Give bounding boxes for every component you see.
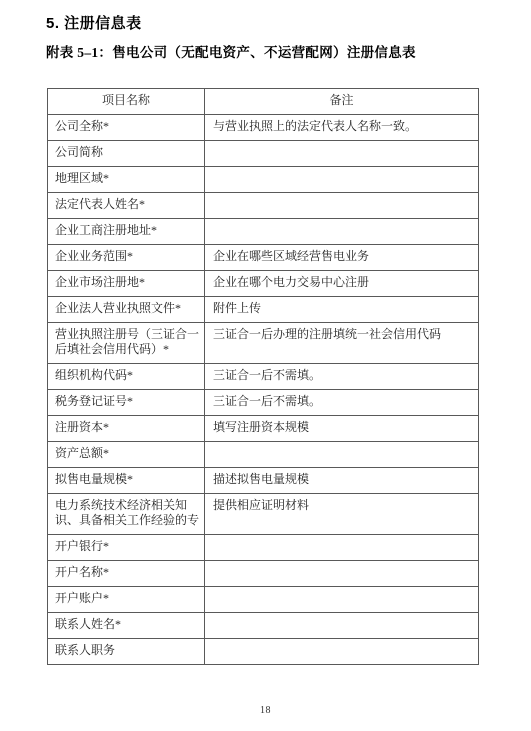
note-cell: 三证合一后不需填。: [205, 364, 479, 390]
table-row: 联系人姓名*: [48, 613, 479, 639]
note-cell: [205, 167, 479, 193]
table-row: 组织机构代码*三证合一后不需填。: [48, 364, 479, 390]
item-cell: 企业业务范围*: [48, 245, 205, 271]
table-row: 法定代表人姓名*: [48, 193, 479, 219]
table-header: 项目名称 备注: [48, 89, 479, 115]
note-cell: 附件上传: [205, 297, 479, 323]
registration-table: 项目名称 备注 公司全称*与营业执照上的法定代表人名称一致。公司简称地理区域*法…: [47, 88, 479, 665]
table-row: 公司全称*与营业执照上的法定代表人名称一致。: [48, 115, 479, 141]
note-cell: 填写注册资本规模: [205, 416, 479, 442]
table-row: 企业工商注册地址*: [48, 219, 479, 245]
item-cell: 开户银行*: [48, 535, 205, 561]
note-cell: 三证合一后办理的注册填统一社会信用代码: [205, 323, 479, 364]
note-cell: 企业在哪个电力交易中心注册: [205, 271, 479, 297]
note-cell: [205, 193, 479, 219]
header-row: 项目名称 备注: [48, 89, 479, 115]
note-cell: [205, 141, 479, 167]
page-number: 18: [0, 705, 531, 716]
item-cell: 营业执照注册号（三证合一后填社会信用代码）*: [48, 323, 205, 364]
item-cell: 企业市场注册地*: [48, 271, 205, 297]
header-item-column: 项目名称: [48, 89, 205, 115]
header-note-column: 备注: [205, 89, 479, 115]
table-row: 企业业务范围*企业在哪些区域经营售电业务: [48, 245, 479, 271]
item-cell: 拟售电量规模*: [48, 468, 205, 494]
table-row: 企业法人营业执照文件*附件上传: [48, 297, 479, 323]
note-cell: [205, 219, 479, 245]
table-caption: 附表 5–1：售电公司（无配电资产、不运营配网）注册信息表: [46, 41, 416, 61]
note-cell: [205, 639, 479, 665]
item-cell: 公司简称: [48, 141, 205, 167]
item-cell: 组织机构代码*: [48, 364, 205, 390]
table-row: 企业市场注册地*企业在哪个电力交易中心注册: [48, 271, 479, 297]
note-cell: [205, 613, 479, 639]
note-cell: [205, 535, 479, 561]
item-cell: 法定代表人姓名*: [48, 193, 205, 219]
item-cell: 电力系统技术经济相关知识、具备相关工作经验的专: [48, 494, 205, 535]
table-row: 开户账户*: [48, 587, 479, 613]
item-cell: 资产总额*: [48, 442, 205, 468]
item-cell: 公司全称*: [48, 115, 205, 141]
table-row: 营业执照注册号（三证合一后填社会信用代码）*三证合一后办理的注册填统一社会信用代…: [48, 323, 479, 364]
table-row: 注册资本*填写注册资本规模: [48, 416, 479, 442]
item-cell: 开户账户*: [48, 587, 205, 613]
item-cell: 企业工商注册地址*: [48, 219, 205, 245]
table-row: 电力系统技术经济相关知识、具备相关工作经验的专提供相应证明材料: [48, 494, 479, 535]
item-cell: 联系人职务: [48, 639, 205, 665]
note-cell: 企业在哪些区域经营售电业务: [205, 245, 479, 271]
note-cell: 描述拟售电量规模: [205, 468, 479, 494]
registration-table-body: 公司全称*与营业执照上的法定代表人名称一致。公司简称地理区域*法定代表人姓名*企…: [48, 115, 479, 665]
table-row: 资产总额*: [48, 442, 479, 468]
item-cell: 注册资本*: [48, 416, 205, 442]
note-cell: [205, 561, 479, 587]
table-row: 税务登记证号*三证合一后不需填。: [48, 390, 479, 416]
item-cell: 企业法人营业执照文件*: [48, 297, 205, 323]
item-cell: 地理区域*: [48, 167, 205, 193]
table-row: 拟售电量规模*描述拟售电量规模: [48, 468, 479, 494]
note-cell: 提供相应证明材料: [205, 494, 479, 535]
section-heading: 5. 注册信息表: [46, 12, 142, 33]
item-cell: 开户名称*: [48, 561, 205, 587]
table-row: 地理区域*: [48, 167, 479, 193]
note-cell: [205, 587, 479, 613]
note-cell: 三证合一后不需填。: [205, 390, 479, 416]
table-row: 开户银行*: [48, 535, 479, 561]
item-cell: 税务登记证号*: [48, 390, 205, 416]
note-cell: 与营业执照上的法定代表人名称一致。: [205, 115, 479, 141]
table-row: 联系人职务: [48, 639, 479, 665]
note-cell: [205, 442, 479, 468]
document-page: 5. 注册信息表 附表 5–1：售电公司（无配电资产、不运营配网）注册信息表 项…: [0, 0, 531, 731]
table-row: 开户名称*: [48, 561, 479, 587]
table-row: 公司简称: [48, 141, 479, 167]
item-cell: 联系人姓名*: [48, 613, 205, 639]
